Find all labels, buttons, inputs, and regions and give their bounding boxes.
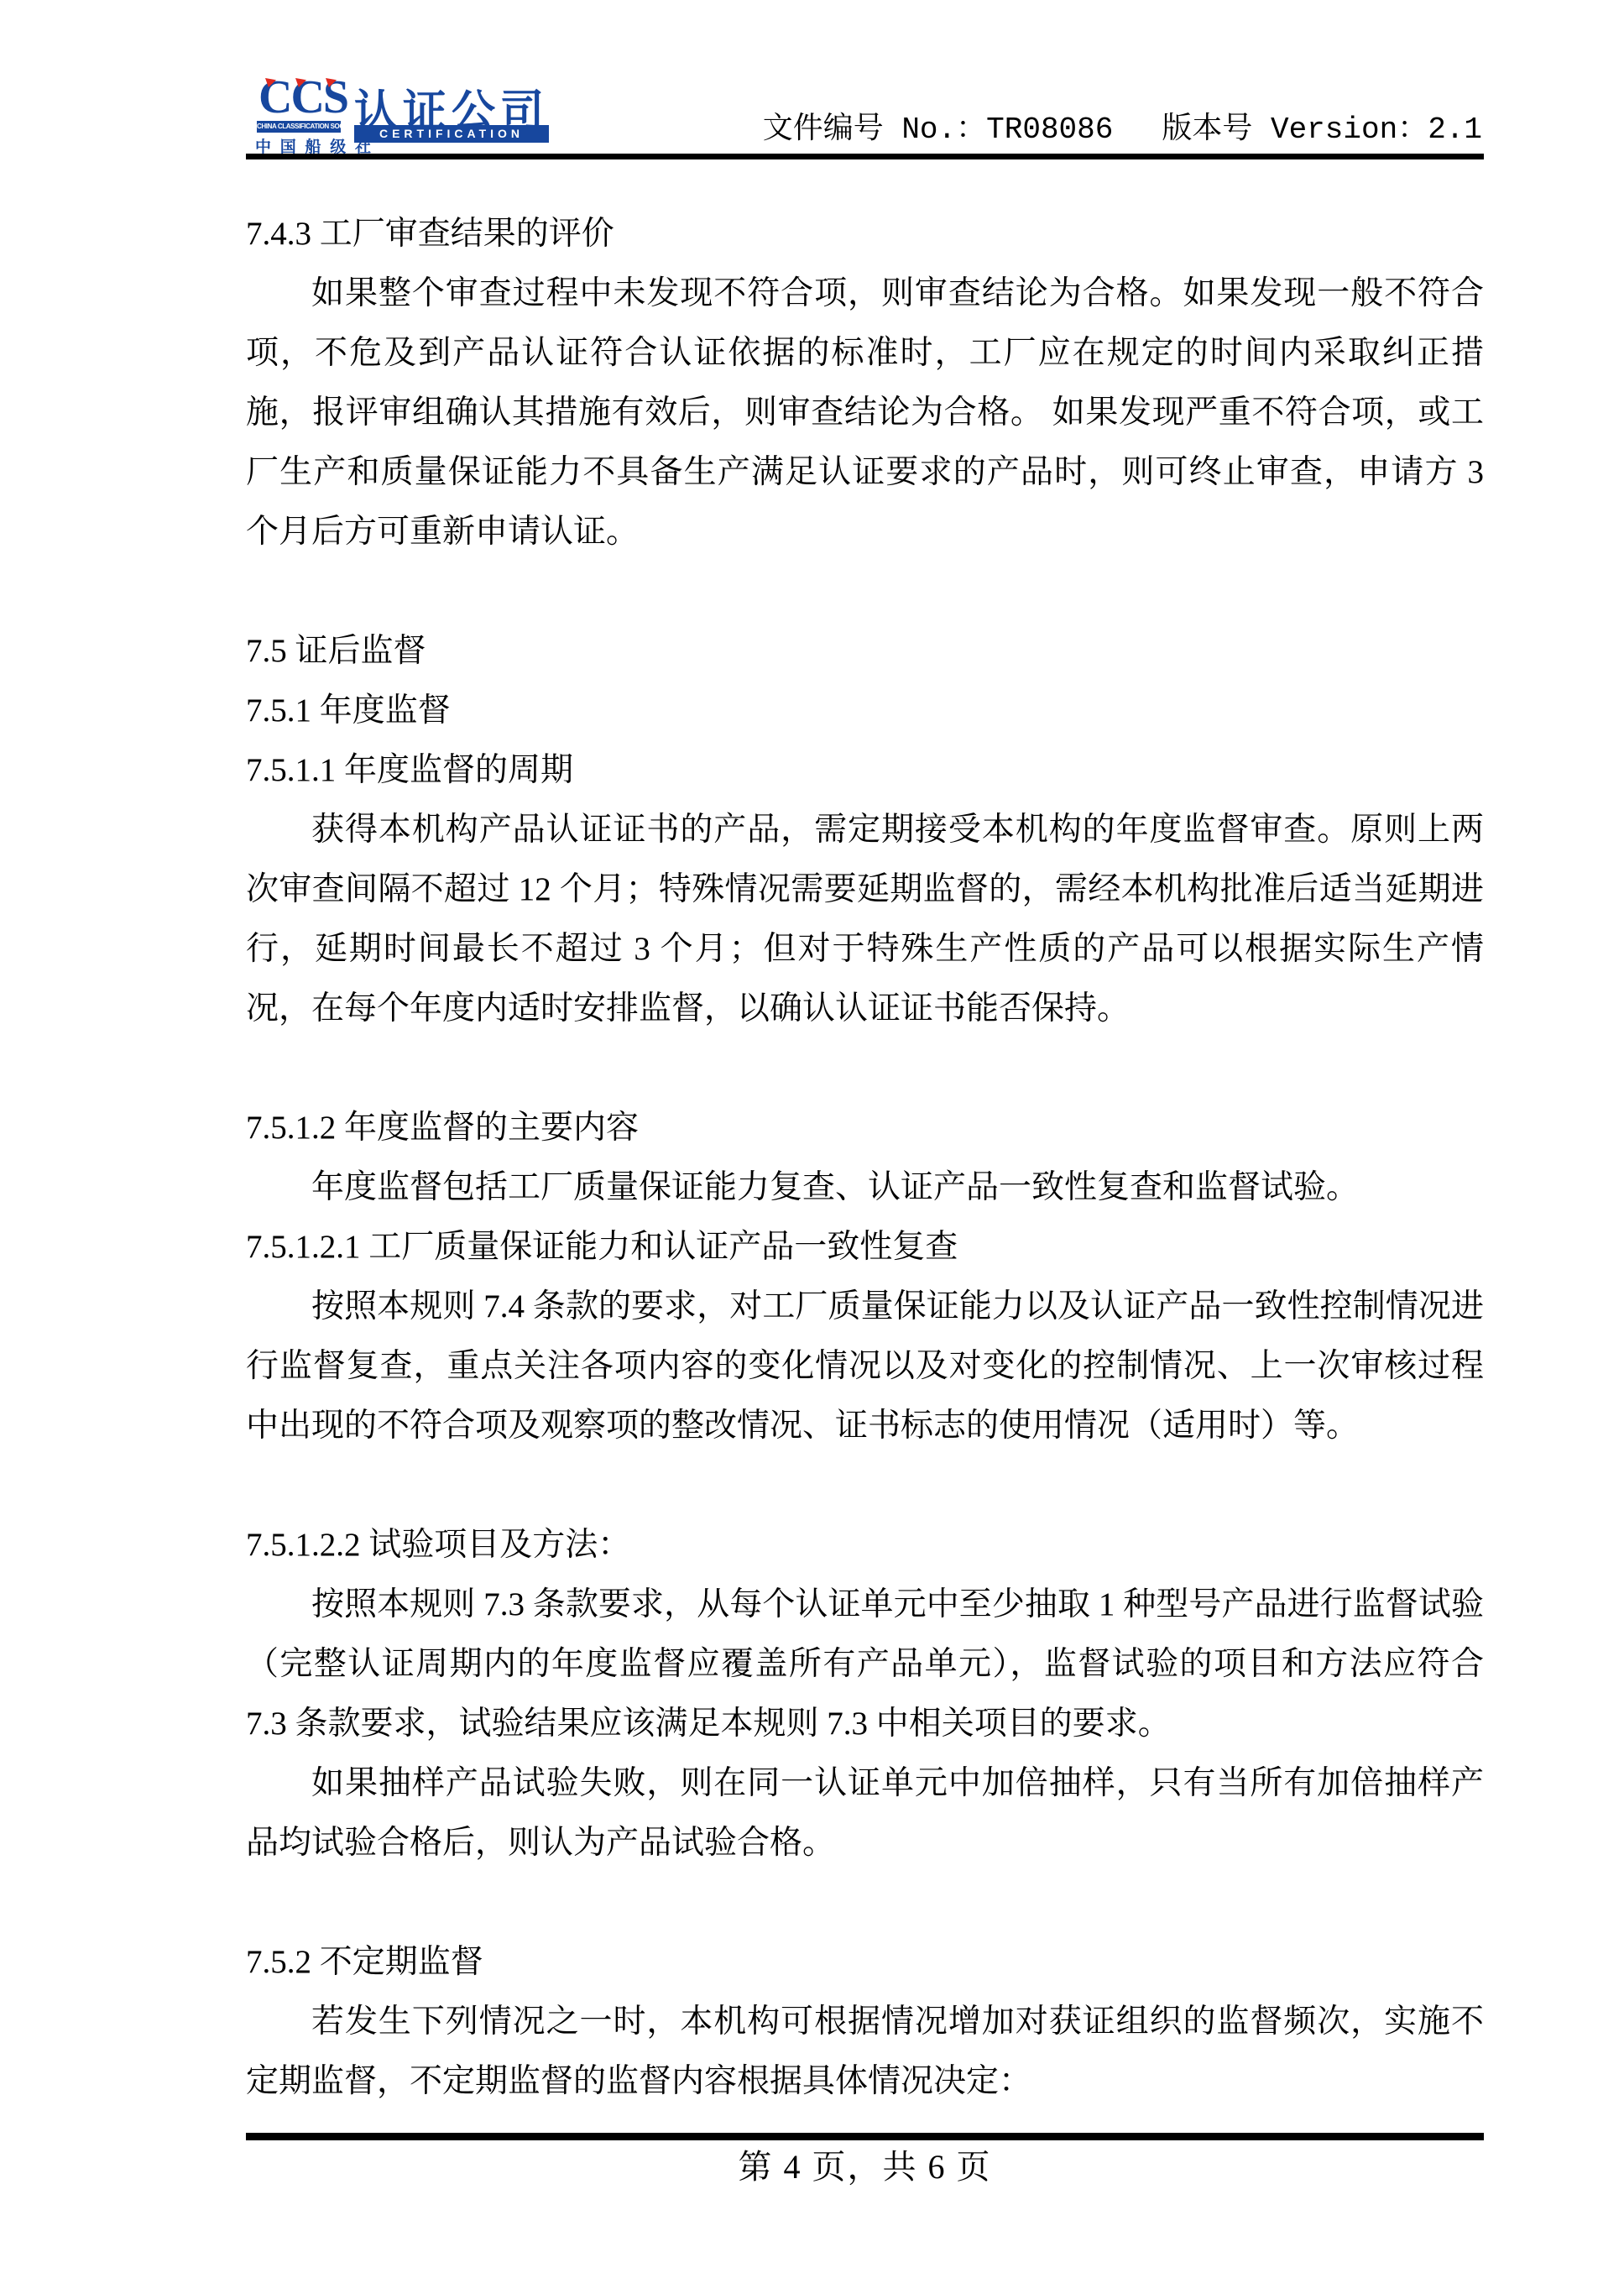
document-meta: 文件编号 No.：TR08086版本号 Version：2.1	[763, 104, 1482, 147]
paragraph-sample-test-failure: 如果抽样产品试验失败，则在同一认证单元中加倍抽样，只有当所有加倍抽样产品均试验合…	[246, 1753, 1484, 1873]
section-heading-7-4-3: 7.4.3 工厂审查结果的评价	[246, 204, 1484, 264]
document-number: 文件编号 No.：TR08086	[763, 112, 1114, 147]
blank-line	[246, 1455, 1484, 1515]
paragraph-irregular-supervision: 若发生下列情况之一时，本机构可根据情况增加对获证组织的监督频次，实施不定期监督，…	[246, 1992, 1484, 2111]
ccs-society-banner: CHINA CLASSIFICATION SOCIETY	[257, 121, 341, 133]
section-heading-7-5-1-2-2: 7.5.1.2.2 试验项目及方法：	[246, 1515, 1484, 1575]
paragraph-audit-result-evaluation: 如果整个审查过程中未发现不符合项，则审查结论为合格。如果发现一般不符合项，不危及…	[246, 264, 1484, 562]
section-heading-7-5: 7.5 证后监督	[246, 621, 1484, 681]
ccs-logo-text: CCS	[258, 71, 347, 124]
document-version: 版本号 Version：2.1	[1162, 112, 1482, 147]
blank-line	[246, 1873, 1484, 1932]
page-number: 第 4 页，共 6 页	[246, 2147, 1484, 2187]
document-page: { "colors": { "brand_blue": "#17479e", "…	[0, 0, 1624, 2278]
section-heading-7-5-1: 7.5.1 年度监督	[246, 681, 1484, 740]
ccs-logo: CCS CHINA CLASSIFICATION SOCIETY 中 国 船 级…	[252, 82, 554, 149]
blank-line	[246, 1038, 1484, 1098]
paragraph-test-items-methods: 按照本规则 7.3 条款要求，从每个认证单元中至少抽取 1 种型号产品进行监督试…	[246, 1575, 1484, 1753]
paragraph-annual-supervision-cycle: 获得本机构产品认证证书的产品，需定期接受本机构的年度监督审查。原则上两次审查间隔…	[246, 800, 1484, 1038]
blank-line	[246, 562, 1484, 621]
section-heading-7-5-1-1: 7.5.1.1 年度监督的周期	[246, 740, 1484, 800]
section-heading-7-5-2: 7.5.2 不定期监督	[246, 1932, 1484, 1992]
page-footer: 第 4 页，共 6 页	[246, 2133, 1484, 2187]
section-heading-7-5-1-2: 7.5.1.2 年度监督的主要内容	[246, 1098, 1484, 1157]
ccs-society-chinese: 中 国 船 级 社	[255, 134, 342, 157]
certification-banner: CERTIFICATION	[354, 125, 549, 143]
page-header: CCS CHINA CLASSIFICATION SOCIETY 中 国 船 级…	[246, 80, 1484, 159]
paragraph-annual-supervision-content: 年度监督包括工厂质量保证能力复查、认证产品一致性复查和监督试验。	[246, 1157, 1484, 1217]
document-body: 7.4.3 工厂审查结果的评价 如果整个审查过程中未发现不符合项，则审查结论为合…	[246, 204, 1484, 2111]
section-heading-7-5-1-2-1: 7.5.1.2.1 工厂质量保证能力和认证产品一致性复查	[246, 1217, 1484, 1277]
paragraph-quality-consistency-review: 按照本规则 7.4 条款的要求，对工厂质量保证能力以及认证产品一致性控制情况进行…	[246, 1277, 1484, 1455]
